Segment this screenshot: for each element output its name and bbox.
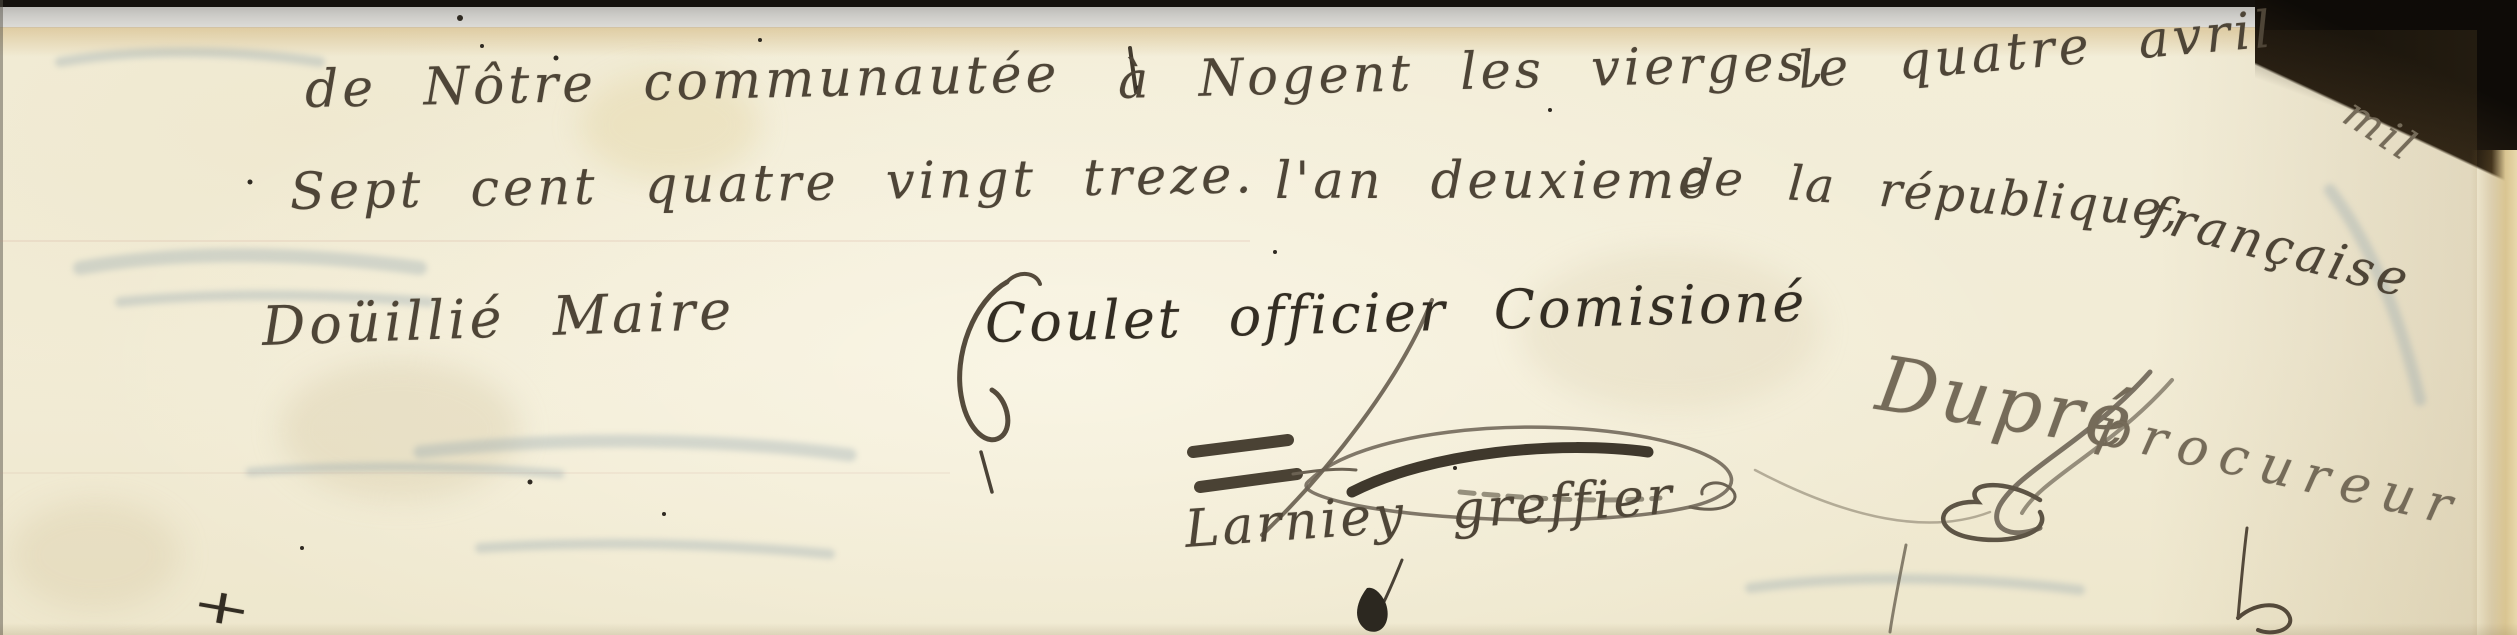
paper-stain <box>10 500 180 610</box>
scan-bottom-shadow <box>0 623 2517 635</box>
signature-maire: Doüillié Maire <box>261 279 736 358</box>
faint-register-line <box>0 240 1250 242</box>
page-right-edge <box>2471 150 2517 635</box>
line2-part2: l'an deuxieme <box>1275 152 1712 211</box>
signature-greffier: Larniey greffier <box>1183 466 1677 560</box>
line2-part3: de la république, <box>1680 148 2182 239</box>
line2-part1: Sept cent quatre vingt treze. <box>289 146 1255 222</box>
page-curvature-shading <box>2147 30 2477 635</box>
paper-stain <box>280 360 520 500</box>
cross-mark: + <box>187 574 256 635</box>
scan-left-edge <box>0 0 3 635</box>
manuscript-scan-page: de Nôtre communautée à Nogent les vierge… <box>0 0 2517 635</box>
